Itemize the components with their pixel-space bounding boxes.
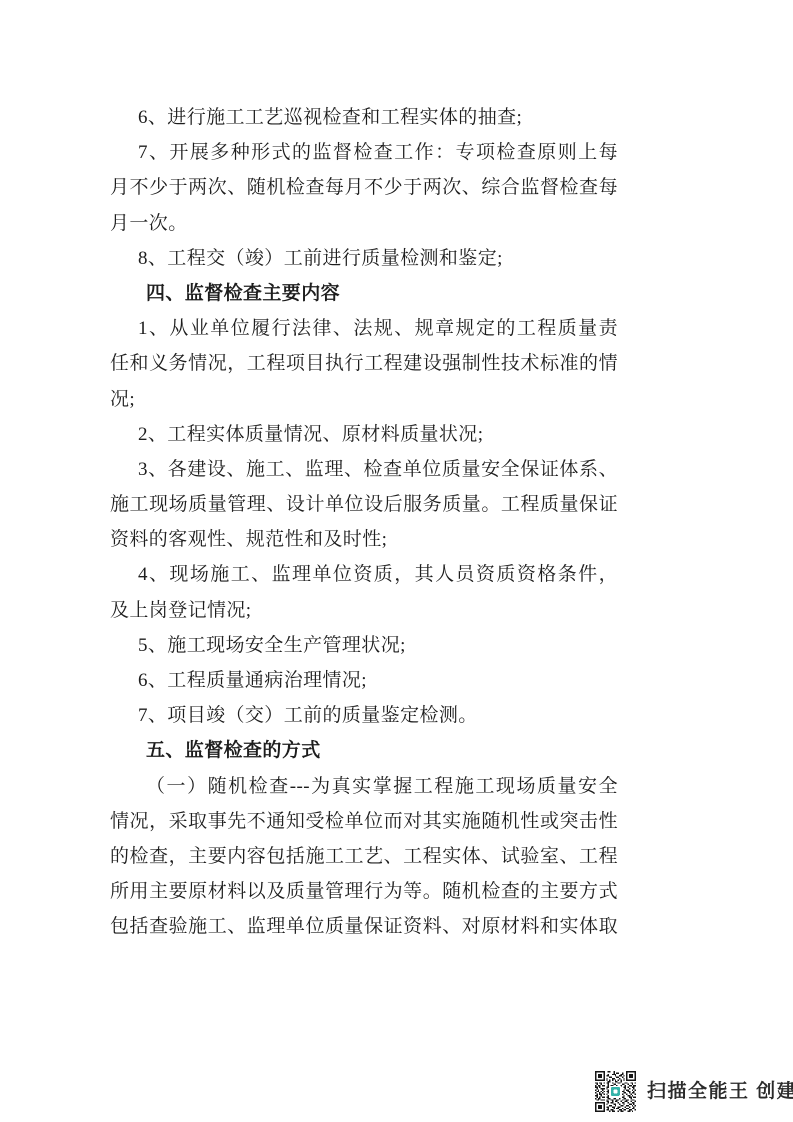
text-line: 四、监督检查主要内容: [110, 276, 618, 311]
text-line: 所用主要原材料以及质量管理行为等。随机检查的主要方式: [110, 874, 618, 909]
qr-code-icon: [595, 1071, 636, 1112]
text-block: 6、进行施工工艺巡视检查和工程实体的抽查;7、开展多种形式的监督检查工作：专项检…: [110, 100, 618, 945]
scanner-watermark: 扫描全能王 创建: [595, 1071, 793, 1112]
text-line: 月不少于两次、随机检查每月不少于两次、综合监督检查每: [110, 170, 618, 205]
text-line: 4、现场施工、监理单位资质，其人员资质资格条件，: [110, 557, 618, 592]
text-line: 及上岗登记情况;: [110, 593, 618, 628]
text-line: 月一次。: [110, 206, 618, 241]
text-line: 6、工程质量通病治理情况;: [110, 663, 618, 698]
text-line: 施工现场质量管理、设计单位设后服务质量。工程质量保证: [110, 487, 618, 522]
text-line: 7、项目竣（交）工前的质量鉴定检测。: [110, 698, 618, 733]
document-page: 6、进行施工工艺巡视检查和工程实体的抽查;7、开展多种形式的监督检查工作：专项检…: [0, 0, 793, 1122]
text-line: 包括查验施工、监理单位质量保证资料、对原材料和实体取: [110, 909, 618, 944]
text-line: 任和义务情况，工程项目执行工程建设强制性技术标准的情: [110, 346, 618, 381]
text-line: 5、施工现场安全生产管理状况;: [110, 628, 618, 663]
text-line: 2、工程实体质量情况、原材料质量状况;: [110, 417, 618, 452]
text-line: 资料的客观性、规范性和及时性;: [110, 522, 618, 557]
text-line: 的检查，主要内容包括施工工艺、工程实体、试验室、工程: [110, 839, 618, 874]
scanner-watermark-label: 扫描全能王 创建: [647, 1071, 793, 1112]
text-line: 五、监督检查的方式: [110, 733, 618, 768]
text-line: 6、进行施工工艺巡视检查和工程实体的抽查;: [110, 100, 618, 135]
text-line: 1、从业单位履行法律、法规、规章规定的工程质量责: [110, 311, 618, 346]
text-line: （一）随机检查---为真实掌握工程施工现场质量安全: [110, 769, 618, 804]
text-line: 7、开展多种形式的监督检查工作：专项检查原则上每: [110, 135, 618, 170]
text-line: 情况，采取事先不通知受检单位而对其实施随机性或突击性: [110, 804, 618, 839]
text-line: 况;: [110, 382, 618, 417]
text-line: 8、工程交（竣）工前进行质量检测和鉴定;: [110, 241, 618, 276]
text-line: 3、各建设、施工、监理、检查单位质量安全保证体系、: [110, 452, 618, 487]
